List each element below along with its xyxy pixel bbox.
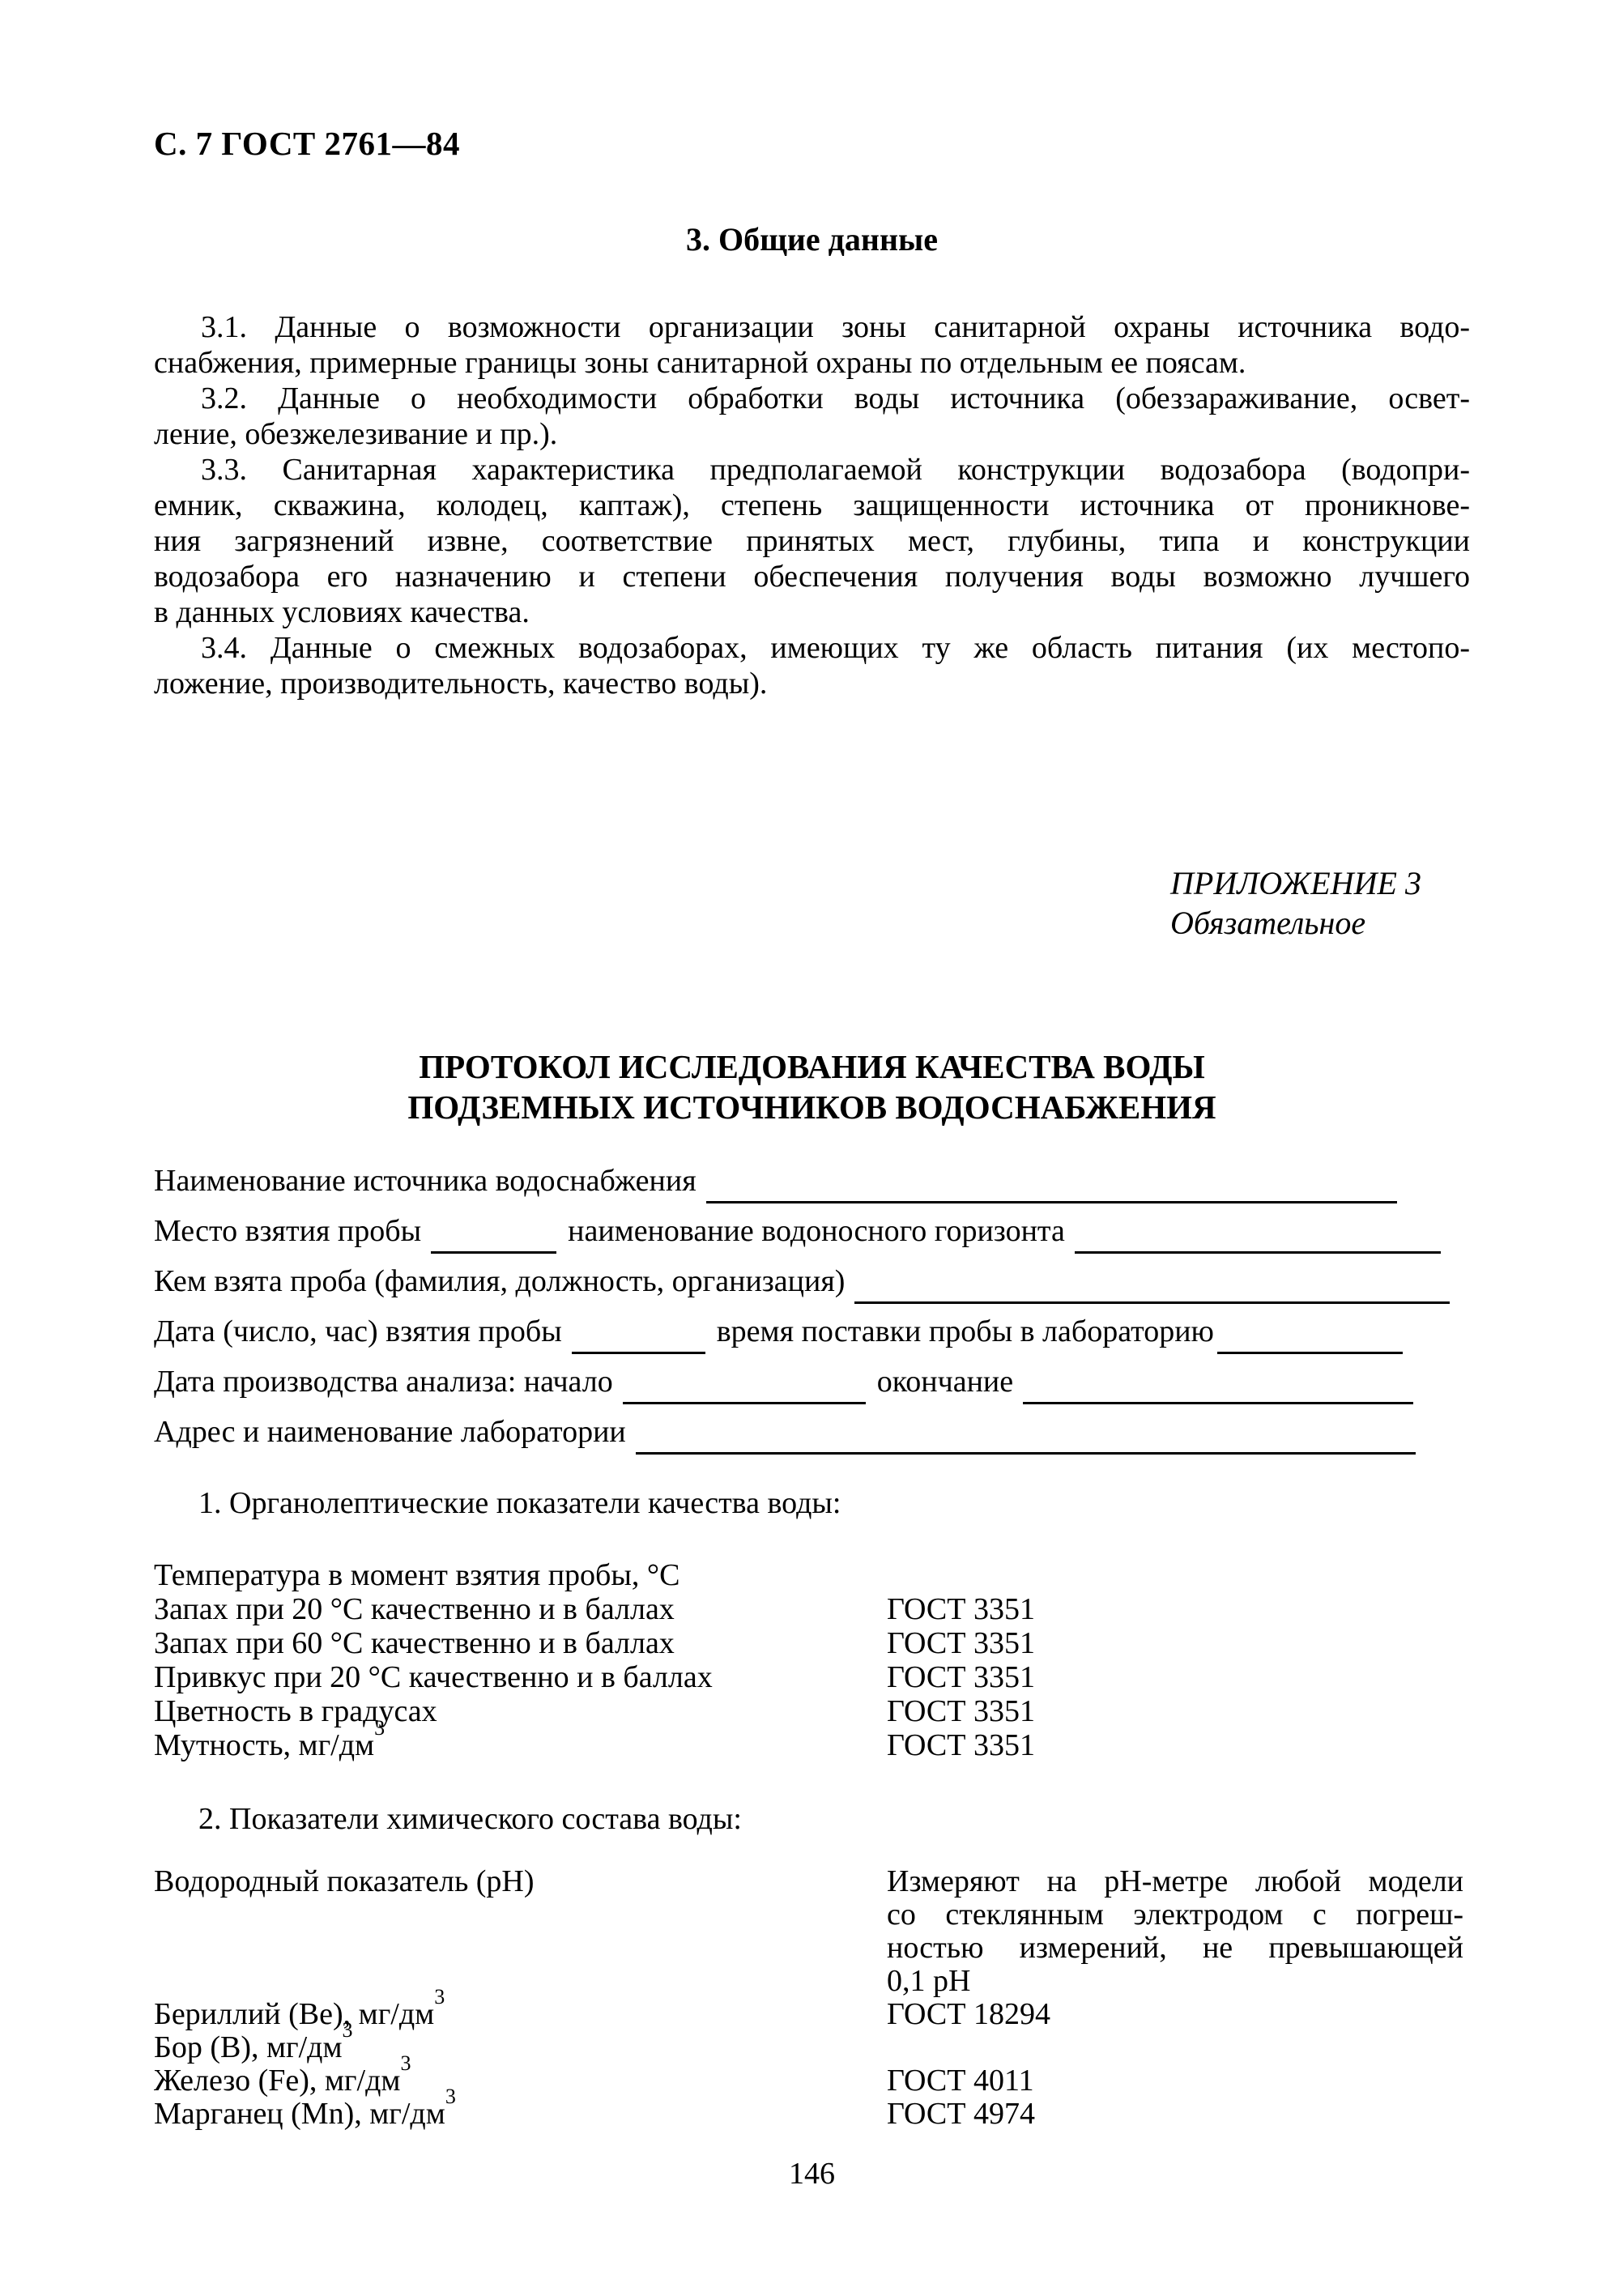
section-3-heading: 3. Общие данные	[154, 220, 1470, 258]
form-label: Наименование источника водоснабжения	[154, 1163, 697, 1203]
form-row-sampling-place: Место взятия пробы наименование водоносн…	[154, 1203, 1470, 1254]
form-row-analysis-date: Дата производства анализа: начало оконча…	[154, 1354, 1470, 1404]
gost-reference: ГОСТ 3351	[887, 1626, 1470, 1660]
parameter-label: Запах при 20 °С качественно и в баллах	[154, 1592, 887, 1626]
chemical-table: Водородный показатель (pH) Измеряют на p…	[154, 1865, 1470, 2131]
protocol-title-line: ПОДЗЕМНЫХ ИСТОЧНИКОВ ВОДОСНАБЖЕНИЯ	[154, 1087, 1470, 1127]
form-row-sampled-by: Кем взята проба (фамилия, должность, орг…	[154, 1254, 1470, 1304]
blank-line	[1023, 1394, 1413, 1404]
paragraph-line: снабжения, примерные границы зоны санита…	[154, 345, 1470, 381]
blank-line	[1217, 1344, 1403, 1354]
parameter-label: Марганец (Мn), мг/дм3	[154, 2098, 887, 2131]
table-row: Цветность в градусах ГОСТ 3351	[154, 1694, 1470, 1728]
parameter-text: Мутность, мг/дм	[154, 1728, 374, 1762]
blank-line	[431, 1243, 556, 1254]
paragraph-line: ложение, производительность, качество во…	[154, 666, 1470, 701]
table-row: Температура в момент взятия пробы, °С	[154, 1558, 1470, 1592]
parameter-label: Железо (Fe), мг/дм3	[154, 2064, 887, 2098]
form-row-source-name: Наименование источника водоснабжения	[154, 1153, 1470, 1203]
table-row: Запах при 60 °С качественно и в баллах Г…	[154, 1626, 1470, 1660]
gost-reference: ГОСТ 4011	[887, 2064, 1470, 2098]
parameter-label: Мутность, мг/дм3	[154, 1728, 887, 1762]
annex-label: ПРИЛОЖЕНИЕ 3	[1170, 863, 1421, 903]
blank-line	[636, 1444, 1416, 1455]
table-row: Марганец (Мn), мг/дм3 ГОСТ 4974	[154, 2098, 1470, 2131]
superscript: 3	[343, 2018, 353, 2042]
parameter-label: Привкус при 20 °С качественно и в баллах	[154, 1660, 887, 1694]
paragraph-line: емник, скважина, колодец, каптаж), степе…	[154, 488, 1470, 523]
annex-block: ПРИЛОЖЕНИЕ 3 Обязательное	[1170, 863, 1421, 943]
table-row: Железо (Fe), мг/дм3 ГОСТ 4011	[154, 2064, 1470, 2098]
paragraph-line: 3.3. Санитарная характеристика предполаг…	[154, 452, 1470, 488]
form-label: Кем взята проба (фамилия, должность, орг…	[154, 1263, 845, 1304]
gost-reference: ГОСТ 18294	[887, 1998, 1470, 2031]
paragraph-line: ление, обезжелезивание и пр.).	[154, 416, 1470, 452]
method-line: со стеклянным электродом с погреш-	[887, 1898, 1463, 1932]
parameter-text: Марганец (Мn), мг/дм	[154, 2097, 445, 2131]
form-label: Место взятия пробы	[154, 1213, 421, 1254]
gost-reference: ГОСТ 4974	[887, 2098, 1470, 2131]
superscript: 3	[434, 1985, 445, 2008]
superscript: 3	[374, 1716, 385, 1740]
form-label: наименование водоносного горизонта	[568, 1213, 1065, 1254]
page-header: С. 7 ГОСТ 2761—84	[154, 124, 460, 163]
form-label: Адрес и наименование лаборатории	[154, 1414, 626, 1455]
parameter-label: Бор (В), мг/дм3	[154, 2031, 887, 2064]
blank-line	[1075, 1243, 1441, 1254]
protocol-form: Наименование источника водоснабжения Мес…	[154, 1153, 1470, 1455]
page-number: 146	[154, 2156, 1470, 2192]
form-row-lab-address: Адрес и наименование лаборатории	[154, 1404, 1470, 1455]
paragraph-line: водозабора его назначению и степени обес…	[154, 559, 1470, 594]
blank-line	[623, 1394, 866, 1404]
method-line: 0,1 pH	[887, 1965, 1463, 1998]
gost-reference: ГОСТ 3351	[887, 1592, 1470, 1626]
method-line: Измеряют на pH-метре любой модели	[887, 1865, 1463, 1898]
table-row: Мутность, мг/дм3 ГОСТ 3351	[154, 1728, 1470, 1762]
blank-line	[706, 1193, 1397, 1203]
method-description: Измеряют на pH-метре любой модели со сте…	[887, 1865, 1463, 1998]
parameter-label: Бериллий (Ве), мг/дм3	[154, 1998, 887, 2031]
blank-line	[854, 1293, 1450, 1304]
parameter-label: Водородный показатель (pH)	[154, 1865, 887, 1898]
table-row: Привкус при 20 °С качественно и в баллах…	[154, 1660, 1470, 1694]
organoleptic-section-label: 1. Органолептические показатели качества…	[154, 1485, 1514, 1521]
superscript: 3	[445, 2085, 456, 2108]
paragraph-line: 3.2. Данные о необходимости обработки во…	[154, 381, 1470, 416]
paragraph-line: в данных условиях качества.	[154, 594, 1470, 630]
protocol-title-line: ПРОТОКОЛ ИССЛЕДОВАНИЯ КАЧЕСТВА ВОДЫ	[154, 1046, 1470, 1087]
gost-reference: ГОСТ 3351	[887, 1694, 1470, 1728]
parameter-text: Бериллий (Ве), мг/дм	[154, 1997, 434, 2031]
form-label: время поставки пробы в лабораторию	[717, 1314, 1214, 1354]
gost-reference: ГОСТ 3351	[887, 1660, 1470, 1694]
method-line: ностью измерений, не превышающей	[887, 1932, 1463, 1965]
form-label: окончание	[877, 1364, 1013, 1404]
table-row: Запах при 20 °С качественно и в баллах Г…	[154, 1592, 1470, 1626]
table-row: Бор (В), мг/дм3	[154, 2031, 1470, 2064]
paragraph-line: 3.1. Данные о возможности организации зо…	[154, 309, 1470, 345]
gost-reference: ГОСТ 3351	[887, 1728, 1470, 1762]
parameter-label: Запах при 60 °С качественно и в баллах	[154, 1626, 887, 1660]
form-label: Дата (число, час) взятия пробы	[154, 1314, 562, 1354]
form-row-sampling-date: Дата (число, час) взятия пробы время пос…	[154, 1304, 1470, 1354]
form-label: Дата производства анализа: начало	[154, 1364, 613, 1404]
parameter-label: Цветность в градусах	[154, 1694, 887, 1728]
parameter-label: Температура в момент взятия пробы, °С	[154, 1558, 887, 1592]
paragraph-line: 3.4. Данные о смежных водозаборах, имеющ…	[154, 630, 1470, 666]
document-page: { "page": { "header": "С. 7 ГОСТ 2761—84…	[0, 0, 1606, 2296]
table-row-ph: Водородный показатель (pH) Измеряют на p…	[154, 1865, 1470, 1998]
blank-line	[572, 1344, 705, 1354]
section-3-paragraphs: 3.1. Данные о возможности организации зо…	[154, 309, 1470, 701]
organoleptic-table: Температура в момент взятия пробы, °С За…	[154, 1558, 1470, 1762]
parameter-text: Железо (Fe), мг/дм	[154, 2064, 400, 2098]
parameter-text: Бор (В), мг/дм	[154, 2030, 343, 2064]
superscript: 3	[400, 2051, 411, 2075]
chemical-section-label: 2. Показатели химического состава воды:	[154, 1801, 1514, 1837]
protocol-title: ПРОТОКОЛ ИССЛЕДОВАНИЯ КАЧЕСТВА ВОДЫ ПОДЗ…	[154, 1046, 1470, 1127]
paragraph-line: ния загрязнений извне, соответствие прин…	[154, 523, 1470, 559]
annex-note: Обязательное	[1170, 903, 1421, 943]
